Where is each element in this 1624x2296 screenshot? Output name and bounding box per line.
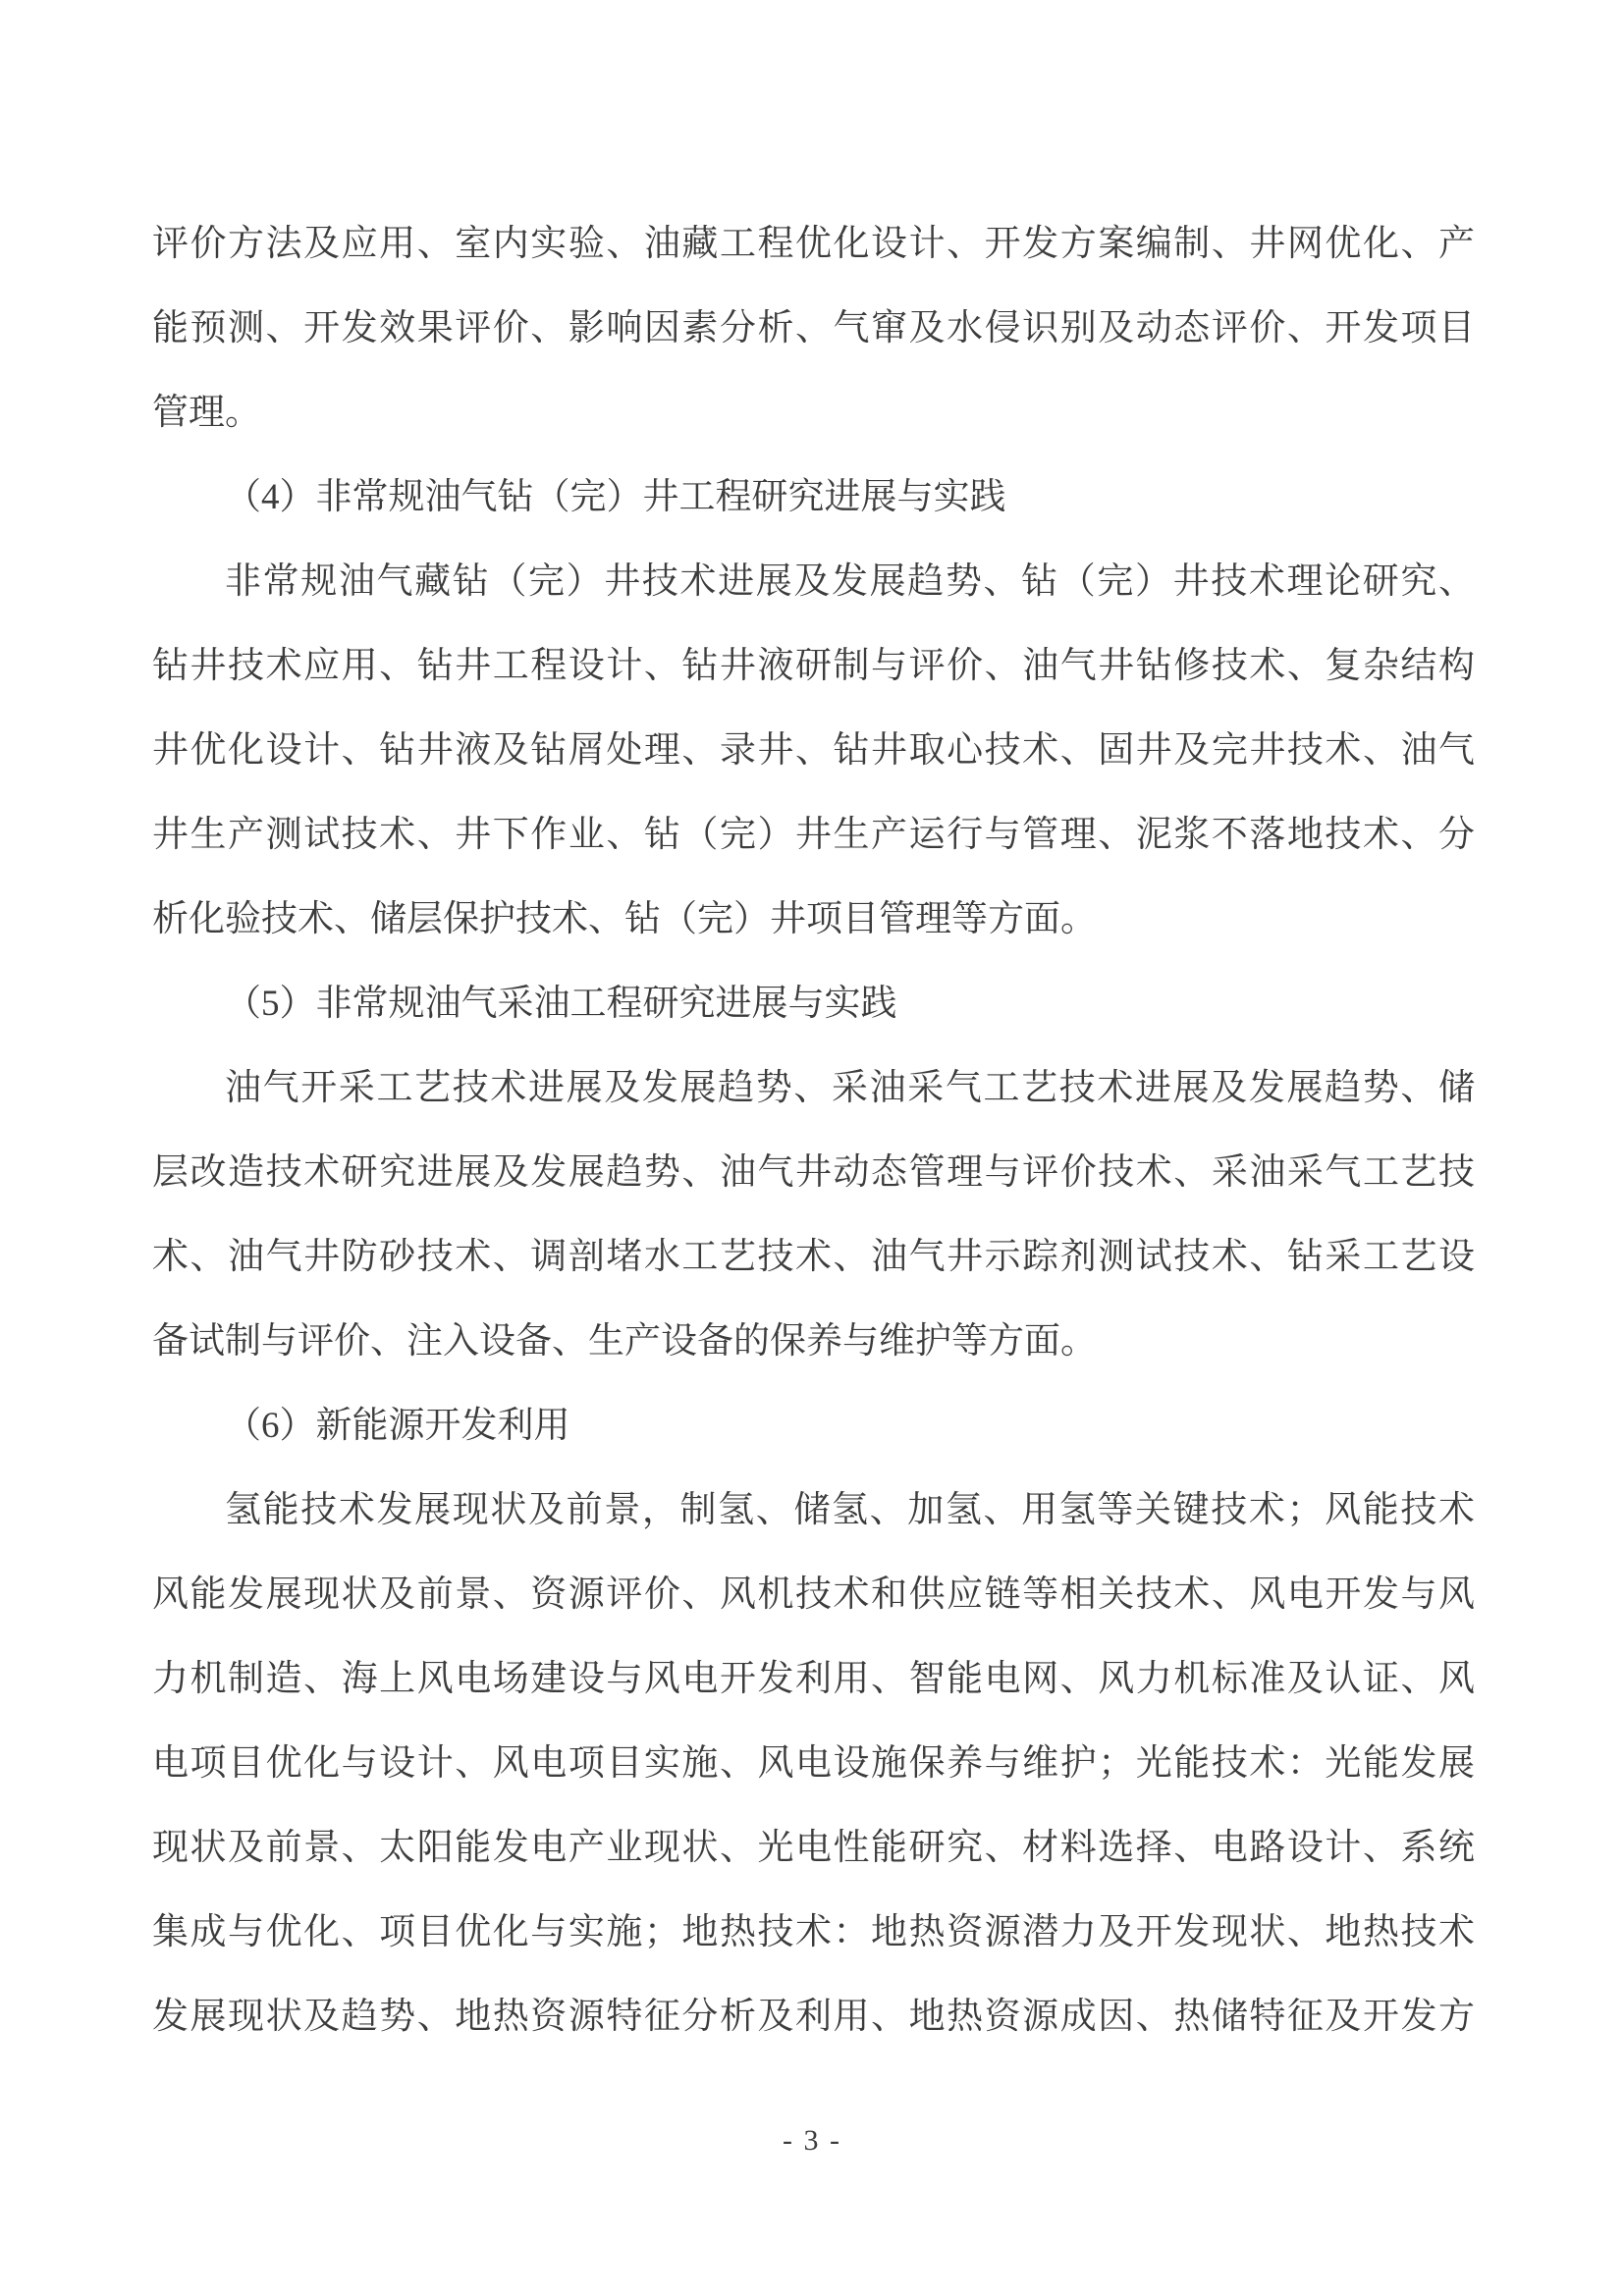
body-text-line: 井优化设计、钻井液及钻屑处理、录井、钻井取心技术、固井及完井技术、油气 [152, 709, 1475, 793]
body-text-line: 析化验技术、储层保护技术、钻（完）井项目管理等方面。 [152, 878, 1475, 962]
body-text-line: 术、油气井防砂技术、调剖堵水工艺技术、油气井示踪剂测试技术、钻采工艺设 [152, 1215, 1475, 1300]
body-text-line: 油气开采工艺技术进展及发展趋势、采油采气工艺技术进展及发展趋势、储 [152, 1046, 1475, 1131]
section-heading: （6）新能源开发利用 [152, 1384, 1475, 1468]
body-text-line: 备试制与评价、注入设备、生产设备的保养与维护等方面。 [152, 1300, 1475, 1384]
body-text-line: 集成与优化、项目优化与实施；地热技术：地热资源潜力及开发现状、地热技术 [152, 1891, 1475, 1975]
body-text-line: 力机制造、海上风电场建设与风电开发利用、智能电网、风力机标准及认证、风 [152, 1637, 1475, 1722]
body-text-line: 发展现状及趋势、地热资源特征分析及利用、地热资源成因、热储特征及开发方 [152, 1975, 1475, 2059]
body-text-line: 氢能技术发展现状及前景，制氢、储氢、加氢、用氢等关键技术；风能技术 [152, 1468, 1475, 1553]
body-text-line: 非常规油气藏钻（完）井技术进展及发展趋势、钻（完）井技术理论研究、 [152, 540, 1475, 624]
body-text-line: 钻井技术应用、钻井工程设计、钻井液研制与评价、油气井钻修技术、复杂结构 [152, 624, 1475, 709]
body-text-line: 电项目优化与设计、风电项目实施、风电设施保养与维护；光能技术：光能发展 [152, 1722, 1475, 1806]
body-text-line: 现状及前景、太阳能发电产业现状、光电性能研究、材料选择、电路设计、系统 [152, 1806, 1475, 1891]
body-text-line: 层改造技术研究进展及发展趋势、油气井动态管理与评价技术、采油采气工艺技 [152, 1131, 1475, 1215]
body-text-line: 井生产测试技术、井下作业、钻（完）井生产运行与管理、泥浆不落地技术、分 [152, 793, 1475, 878]
body-text-line: 风能发展现状及前景、资源评价、风机技术和供应链等相关技术、风电开发与风 [152, 1553, 1475, 1637]
body-text-line: 评价方法及应用、室内实验、油藏工程优化设计、开发方案编制、井网优化、产 [152, 202, 1475, 287]
section-heading: （4）非常规油气钻（完）井工程研究进展与实践 [152, 455, 1475, 540]
document-body: 评价方法及应用、室内实验、油藏工程优化设计、开发方案编制、井网优化、产 能预测、… [152, 202, 1475, 2059]
section-heading: （5）非常规油气采油工程研究进展与实践 [152, 962, 1475, 1046]
page-number: - 3 - [0, 2123, 1624, 2159]
document-page: 评价方法及应用、室内实验、油藏工程优化设计、开发方案编制、井网优化、产 能预测、… [0, 0, 1624, 2296]
body-text-line: 能预测、开发效果评价、影响因素分析、气窜及水侵识别及动态评价、开发项目 [152, 287, 1475, 371]
body-text-line: 管理。 [152, 371, 1475, 455]
